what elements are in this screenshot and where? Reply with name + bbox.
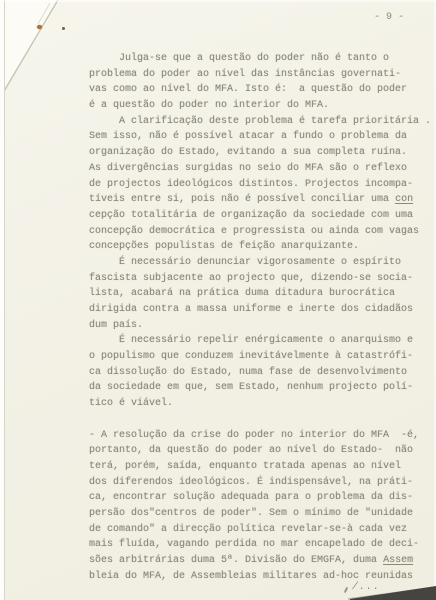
text-line: da sociedade em que, sem Estado, nenhum …: [89, 380, 429, 396]
text-line: dum país.: [89, 318, 429, 334]
text-line: ca, encontrar solução adequada para o pr…: [89, 490, 429, 506]
text-line: problema do poder ao nível das instância…: [89, 67, 429, 83]
text-line: lista, acabará na prática duma ditadura …: [89, 286, 429, 302]
text-line: A clarificação deste problema é tarefa p…: [89, 114, 429, 130]
typewritten-text: Julga-se que a questão do poder não é ta…: [89, 51, 429, 584]
text-line: portanto, da questão do poder ao nível d…: [89, 443, 429, 459]
text-line: de comando" a direcção política revelar-…: [89, 522, 429, 538]
text-line: ca dissolução do Estado, numa fase de de…: [89, 365, 429, 381]
text-line: sões arbitrárias duma 5ª. Divisão do EMG…: [89, 553, 429, 569]
text-line: é a questão do poder no interior do MFA.: [89, 98, 429, 114]
text-line: Julga-se que a questão do poder não é ta…: [89, 51, 429, 67]
text-line: vas como ao nível do MFA. Isto é: a ques…: [89, 82, 429, 98]
text-line: tico é viável.: [89, 396, 429, 412]
text-line: - A resolução da crise do poder no inter…: [89, 428, 429, 444]
scan-top-edge: [0, 0, 436, 2]
text-line: É necessário repelir enérgicamente o ana…: [89, 333, 429, 349]
text-line: concepção democrática e progressista ou …: [89, 224, 429, 240]
text-line: fascista subjacente ao projecto que, diz…: [89, 271, 429, 287]
text-line: de projectos ideológicos distintos. Proj…: [89, 177, 429, 193]
text-line: dirigida contra a massa uniforme e inert…: [89, 302, 429, 318]
scanner-edge-shadow: [348, 582, 436, 600]
typewritten-lines: Julga-se que a questão do poder não é ta…: [89, 51, 429, 584]
text-line: organização do Estado, evitando a sua co…: [89, 145, 429, 161]
text-line: o populismo que conduzem inevitávelmente…: [89, 349, 429, 365]
text-line: É necessário denunciar vigorosamente o e…: [89, 255, 429, 271]
text-line: As divergências surgidas no seio do MFA …: [89, 161, 429, 177]
text-line: mais fluída, vagando perdida no mar enca…: [89, 537, 429, 553]
rust-speck: [37, 25, 42, 29]
scanned-document-page: - 9 - Julga-se que a questão do poder nã…: [0, 0, 436, 600]
page-number: - 9 -: [374, 12, 404, 23]
text-line: cepção totalitária de organização da soc…: [89, 208, 429, 224]
scan-left-edge: [0, 0, 5, 600]
ink-speck: [62, 27, 65, 30]
text-line: persão dos"centros de poder". Sem o míni…: [89, 506, 429, 522]
text-line: Sem isso, não é possível atacar a fundo …: [89, 129, 429, 145]
text-line: dos diferendos ideológicos. É indispensá…: [89, 475, 429, 491]
text-line: terá, porém, saída, enquanto tratada ape…: [89, 459, 429, 475]
text-line: concepções populistas de feição anarquiz…: [89, 239, 429, 255]
text-line: [89, 412, 429, 428]
text-line: tíveis entre si, pois não é possível con…: [89, 192, 429, 208]
